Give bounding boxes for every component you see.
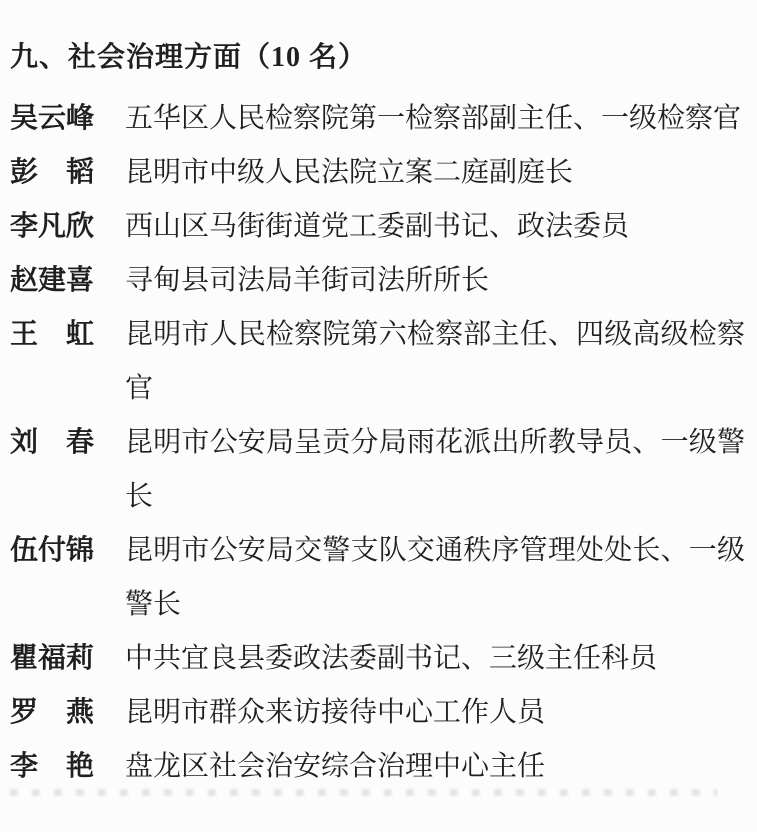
honoree-position: 昆明市公安局交警支队交通秩序管理处处长、一级警长 bbox=[125, 524, 745, 632]
honoree-name: 李凡欣 bbox=[10, 200, 94, 254]
honoree-position: 寻甸县司法局羊街司法所所长 bbox=[125, 254, 745, 308]
honoree-name: 赵建喜 bbox=[10, 254, 94, 308]
honoree-position: 昆明市群众来访接待中心工作人员 bbox=[125, 686, 745, 740]
honoree-name: 吴云峰 bbox=[10, 92, 94, 146]
honoree-position: 昆明市中级人民法院立案二庭副庭长 bbox=[125, 146, 745, 200]
honoree-name: 王 虹 bbox=[10, 308, 94, 362]
honoree-name: 瞿福莉 bbox=[10, 632, 94, 686]
honoree-list: 吴云峰 五华区人民检察院第一检察部副主任、一级检察官 彭 韬 昆明市中级人民法院… bbox=[10, 92, 745, 794]
honoree-row: 李凡欣 西山区马街街道党工委副书记、政法委员 bbox=[10, 200, 745, 254]
document-page: 九、社会治理方面（10 名） 吴云峰 五华区人民检察院第一检察部副主任、一级检察… bbox=[0, 0, 757, 832]
honoree-position: 盘龙区社会治安综合治理中心主任 bbox=[125, 740, 745, 794]
honoree-row: 瞿福莉 中共宜良县委政法委副书记、三级主任科员 bbox=[10, 632, 745, 686]
honoree-row: 伍付锦 昆明市公安局交警支队交通秩序管理处处长、一级警长 bbox=[10, 524, 745, 632]
honoree-row: 吴云峰 五华区人民检察院第一检察部副主任、一级检察官 bbox=[10, 92, 745, 146]
section-title: 九、社会治理方面（10 名） bbox=[10, 40, 745, 76]
honoree-name: 伍付锦 bbox=[10, 524, 94, 578]
honoree-name: 李 艳 bbox=[10, 740, 94, 794]
honoree-name: 彭 韬 bbox=[10, 146, 94, 200]
honoree-row: 彭 韬 昆明市中级人民法院立案二庭副庭长 bbox=[10, 146, 745, 200]
honoree-name: 罗 燕 bbox=[10, 686, 94, 740]
honoree-position: 五华区人民检察院第一检察部副主任、一级检察官 bbox=[125, 92, 745, 146]
honoree-position: 西山区马街街道党工委副书记、政法委员 bbox=[125, 200, 745, 254]
honoree-name: 刘 春 bbox=[10, 416, 94, 470]
honoree-row: 罗 燕 昆明市群众来访接待中心工作人员 bbox=[10, 686, 745, 740]
honoree-row: 李 艳 盘龙区社会治安综合治理中心主任 bbox=[10, 740, 745, 794]
honoree-row: 王 虹 昆明市人民检察院第六检察部主任、四级高级检察官 bbox=[10, 308, 745, 416]
honoree-position: 昆明市公安局呈贡分局雨花派出所教导员、一级警长 bbox=[125, 416, 745, 524]
honoree-position: 中共宜良县委政法委副书记、三级主任科员 bbox=[125, 632, 745, 686]
honoree-row: 刘 春 昆明市公安局呈贡分局雨花派出所教导员、一级警长 bbox=[10, 416, 745, 524]
honoree-position: 昆明市人民检察院第六检察部主任、四级高级检察官 bbox=[125, 308, 745, 416]
honoree-row: 赵建喜 寻甸县司法局羊街司法所所长 bbox=[10, 254, 745, 308]
